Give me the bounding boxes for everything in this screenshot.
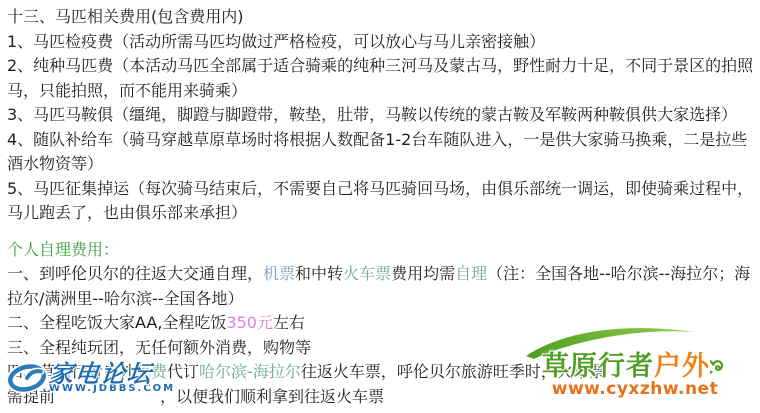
cyxzhw-watermark-text-orange: 户外 (654, 351, 710, 382)
fee-item-4: 4、随队补给车（骑马穿越草原草场时将根据人数配备1-2台车随队进入，一是供大家骑… (7, 128, 754, 177)
expense-item-1: 一、到呼伦贝尔的往返大交通自理，机票和中转火车票费用均需自理（注：全国各地--哈… (7, 262, 754, 311)
text-segment: 费用均需 (391, 264, 455, 283)
text-segment: 和中转 (295, 264, 343, 283)
fee-item-1: 1、马匹检疫费（活动所需马匹均做过严格检疫，可以放心与马儿亲密接触） (7, 30, 754, 55)
jdbbs-watermark-text: 家电论坛 WWW.JDBBS.COM (49, 362, 175, 394)
text-segment: 二、全程吃饭大家AA,全程吃饭 (7, 313, 226, 332)
keyword-link[interactable]: 机票 (263, 264, 295, 283)
obscured-text-region (55, 401, 160, 402)
text-segment: 一、到呼伦贝尔的往返大交通自理， (7, 264, 263, 283)
fee-item-5: 5、马匹征集掉运（每次骑马结束后，不需要自己将马匹骑回马场，由俱乐部统一调运，即… (7, 177, 754, 226)
jdbbs-watermark: 家电论坛 WWW.JDBBS.COM (6, 361, 175, 395)
cyxzhw-watermark-url: www.cyxzhw.net (512, 379, 758, 399)
personal-fees-title: 个人自理费用： (7, 238, 754, 263)
text-segment: 左右 (273, 313, 305, 332)
included-fees-title: 十三、马匹相关费用(包含费用内) (7, 5, 754, 30)
fee-item-3: 3、马匹马鞍俱（缰绳，脚蹬与脚蹬带，鞍垫，肚带，马鞍以传统的蒙古鞍及军鞍两种鞍俱… (7, 103, 754, 128)
cyxzhw-watermark-text-green: 草原行者 (542, 351, 654, 382)
keyword-link[interactable]: 自理 (455, 264, 487, 283)
jdbbs-swirl-logo-icon (6, 361, 48, 395)
keyword-link[interactable]: 火车票 (343, 264, 391, 283)
text-segment: ，以便我们顺利拿到往返火车票 (160, 387, 384, 406)
keyword-link[interactable]: 哈尔滨-海拉尔 (199, 362, 301, 381)
fee-item-2: 2、纯种马匹费（本活动马匹全部属于适合骑乘的纯种三河马及蒙古马，野性耐力十足，不… (7, 54, 754, 103)
cyxzhw-watermark: 草原行者户外 www.cyxzhw.net (512, 324, 758, 399)
text-segment: 350元 (226, 313, 273, 332)
cyxzhw-watermark-textline: 草原行者户外 (512, 353, 758, 381)
spiral-icon (710, 359, 728, 377)
jdbbs-watermark-title: 家电论坛 (48, 362, 177, 386)
